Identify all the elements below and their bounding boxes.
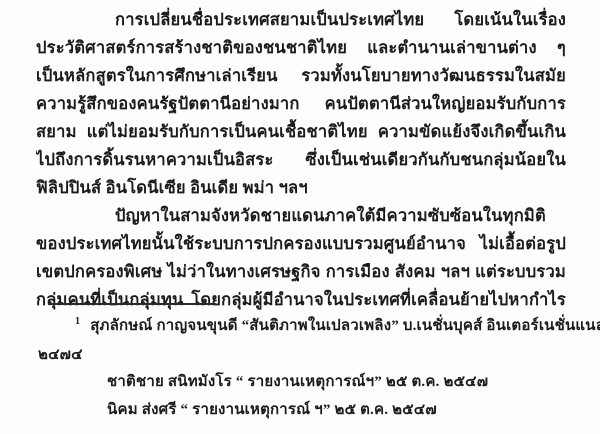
footnote-entry-1: 1สุภลักษณ์ กาญจนขุนดี “สันติภาพในเปลวเพล… <box>36 308 566 340</box>
text-line: การเปลี่ยนชื่อประเทศสยามเป็นประเทศไทย โด… <box>36 6 566 34</box>
text-line: ไปถึงการดิ้นรนหาความเป็นอิสระ ซึ่งเป็นเช… <box>36 146 566 174</box>
text-line: ประวัติศาสตร์การสร้างชาติของชนชาติไทย แล… <box>36 34 566 62</box>
footnote-text: สุภลักษณ์ กาญจนขุนดี “สันติภาพในเปลวเพลิ… <box>90 318 600 334</box>
paragraph-1: การเปลี่ยนชื่อประเทศสยามเป็นประเทศไทย โด… <box>36 6 566 202</box>
text-line: สยาม แต่ไม่ยอมรับกับการเป็นคนเชื้อชาติไท… <box>36 118 566 146</box>
footnote-block: 1สุภลักษณ์ กาญจนขุนดี “สันติภาพในเปลวเพล… <box>36 308 566 424</box>
text-line: เขตปกครองพิเศษ ไม่ว่าในทางเศรษฐกิจ การเม… <box>36 258 566 286</box>
document-page: การเปลี่ยนชื่อประเทศสยามเป็นประเทศไทย โด… <box>0 0 600 434</box>
paragraph-2: ปัญหาในสามจังหวัดชายแดนภาคใต้มีความซับซ้… <box>36 202 566 314</box>
footnote-separator <box>48 303 216 305</box>
text-line: เป็นหลักสูตรในการศึกษาเล่าเรียน รวมทั้งน… <box>36 62 566 90</box>
body-text: การเปลี่ยนชื่อประเทศสยามเป็นประเทศไทย โด… <box>36 6 566 314</box>
footnote-citation: นิคม ส่งศรี “ รายงานเหตุการณ์ ฯ” ๒๕ ต.ค.… <box>36 397 566 424</box>
text-line: ของประเทศไทยนั้นใช้ระบบการปกครองแบบรวมศู… <box>36 230 566 258</box>
text-line: ฟิลิปปินส์ อินโดนีเซีย อินเดีย พม่า ฯลฯ <box>36 174 566 202</box>
text-line: ปัญหาในสามจังหวัดชายแดนภาคใต้มีความซับซ้… <box>36 202 566 230</box>
text-line: ความรู้สึกของคนรัฐปัตตานีอย่างมาก คนปัตต… <box>36 90 566 118</box>
footnote-marker: 1 <box>75 316 80 327</box>
footnote-citation: ชาติชาย สนิทมังโร “ รายงานเหตุการณ์ฯ” ๒๕… <box>36 369 566 396</box>
footnote-year: ๒๔๗๔ <box>36 342 566 369</box>
